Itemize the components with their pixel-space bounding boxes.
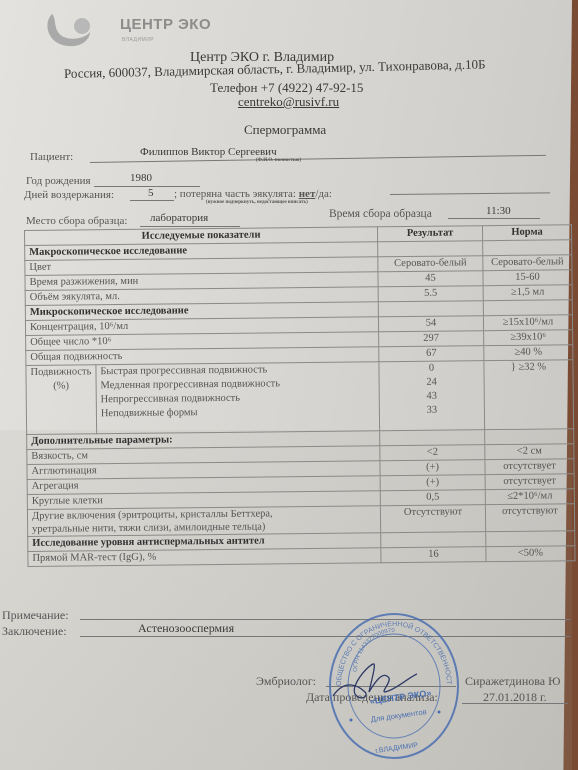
clinic-logo: ЦЕНТР ЭКО ВЛАДИМИР — [44, 10, 214, 50]
birth-year-line — [94, 186, 200, 187]
ejaculate-loss-label: ; потеряна часть эякулята: — [174, 188, 299, 200]
ejaculate-loss-no: нет — [299, 188, 316, 200]
row-norm: ≤2*10⁶/мл — [485, 489, 574, 505]
note-label: Примечание: — [2, 608, 69, 623]
patient-label: Пациент: — [30, 151, 73, 163]
row-result: <2 — [380, 445, 485, 461]
motility-label: Подвижность — [30, 365, 91, 380]
birth-year-label: Год рождения — [26, 175, 91, 187]
row-norm: отсутствует — [485, 474, 574, 490]
ejaculate-loss-yes: /да: — [315, 188, 332, 200]
results-table: Исследуемые показателиРезультатНормаМакр… — [24, 224, 575, 567]
row-result: 54 — [378, 316, 483, 332]
row-norm: отсутствует — [485, 459, 574, 475]
row-norm: ≥39x10⁶ — [484, 330, 573, 346]
row-norm: Серовато-белый — [483, 255, 572, 271]
row-result: Серовато-белый — [378, 256, 483, 272]
collection-time-value: 11:30 — [486, 205, 511, 217]
collection-time-label: Время сбора образца — [329, 208, 432, 220]
birth-year-value: 1980 — [130, 172, 152, 184]
row-result: 5.5 — [378, 286, 483, 302]
motility-result: 33 — [384, 403, 480, 418]
row-norm: <50% — [486, 546, 575, 562]
embryologist-name: Сиражетдинова Ю — [465, 674, 560, 689]
row-norm: отсутствуют — [485, 504, 574, 532]
logo-title: ЦЕНТР ЭКО — [120, 16, 211, 33]
header-norm: Норма — [482, 225, 571, 241]
embryologist-label: Эмбриолог: — [256, 674, 316, 689]
header-result: Результат — [377, 226, 482, 242]
motility-result: 43 — [384, 389, 480, 404]
row-norm: ≥15x10⁶/мл — [483, 315, 572, 331]
collection-time-line — [448, 218, 540, 219]
row-norm: 15-60 — [483, 270, 572, 286]
motility-name: Неподвижные формы — [101, 404, 375, 421]
row-norm: ≥1,5 мл — [483, 285, 572, 301]
stamp-center: «ЦЕНТР ЭКО» — [369, 688, 432, 707]
row-name: Прямой MAR-тест (IgG), % — [28, 548, 381, 567]
row-result: (+) — [380, 475, 485, 491]
abstinence-value: 5 — [148, 187, 154, 199]
collection-place-label: Место сбора образца: — [26, 215, 127, 227]
ejaculate-loss-field: ; потеряна часть эякулята: нет/да: — [174, 188, 332, 200]
row-result: 45 — [378, 271, 483, 287]
motility-group-norm: } ≥32 % — [484, 360, 574, 430]
motility-unit: (%) — [31, 379, 92, 394]
row-result: (+) — [380, 460, 485, 476]
conclusion-value: Астенозооспермия — [138, 621, 234, 636]
svg-text:ОБЩЕСТВО С ОГРАНИЧЕННОЙ ОТВЕТС: ОБЩЕСТВО С ОГРАНИЧЕННОЙ ОТВЕТСТВЕННОСТЬЮ — [325, 608, 452, 686]
org-email[interactable]: centreko@rusivf.ru — [238, 94, 339, 110]
collection-place-value: лаборатория — [150, 212, 208, 224]
swirl-logo-icon — [44, 10, 94, 50]
row-result: 67 — [379, 346, 484, 362]
stamp-city: г.ВЛАДИМИР — [375, 742, 419, 755]
abstinence-label: Дней воздержания: — [24, 189, 114, 201]
abstinence-line — [130, 200, 174, 201]
stamp-ring-text: ОБЩЕСТВО С ОГРАНИЧЕННОЙ ОТВЕТСТВЕННОСТЬЮ — [325, 608, 452, 686]
document-title: Спермограмма — [244, 122, 326, 138]
motility-result: 0 — [383, 361, 479, 376]
ejaculate-loss-hint: (нужное подчеркнуть, недостающее вписать… — [206, 200, 308, 205]
conclusion-label: Заключение: — [2, 624, 67, 639]
patient-hint: (Ф.И.О. полностью) — [256, 158, 301, 163]
row-result: 0,5 — [380, 490, 485, 506]
logo-subtitle: ВЛАДИМИР — [122, 37, 154, 43]
row-result: Отсутствуют — [380, 505, 485, 533]
row-norm: <2 см — [485, 444, 574, 460]
row-norm: ≥40 % — [484, 345, 573, 361]
motility-result: 24 — [384, 375, 480, 390]
row-result: 297 — [379, 331, 484, 347]
analysis-date-value: 27.01.2018 г. — [483, 690, 547, 705]
row-result: 16 — [381, 547, 486, 563]
official-stamp: ОБЩЕСТВО С ОГРАНИЧЕННОЙ ОТВЕТСТВЕННОСТЬЮ… — [325, 608, 463, 763]
patient-name: Филиппов Виктор Сергеевич — [140, 146, 277, 158]
collection-place-line — [140, 226, 240, 227]
stamp-purpose: Для документов — [370, 707, 427, 724]
motility-row: Подвижность(%)Быстрая прогрессивная подв… — [26, 360, 574, 435]
